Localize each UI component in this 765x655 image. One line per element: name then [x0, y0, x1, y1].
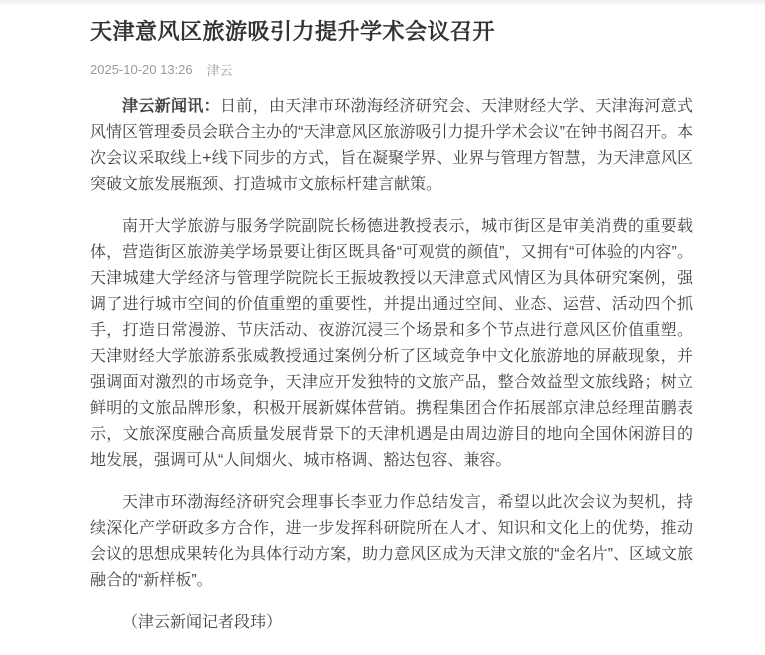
publish-date: 2025-10-20 13:26	[90, 62, 193, 77]
reporter-byline: （津云新闻记者段玮）	[90, 610, 693, 636]
article-paragraph: 天津市环渤海经济研究会理事长李亚力作总结发言，希望以此次会议为契机，持续深化产学…	[90, 490, 693, 594]
article-meta: 2025-10-20 13:26 津云	[90, 60, 693, 79]
article-paragraph: 津云新闻讯：日前，由天津市环渤海经济研究会、天津财经大学、天津海河意式风情区管理…	[90, 94, 693, 198]
article-body: 津云新闻讯：日前，由天津市环渤海经济研究会、天津财经大学、天津海河意式风情区管理…	[90, 94, 693, 636]
article-title: 天津意风区旅游吸引力提升学术会议召开	[90, 18, 693, 47]
article-content: 天津意风区旅游吸引力提升学术会议召开 2025-10-20 13:26 津云 津…	[0, 0, 765, 636]
lead-label: 津云新闻讯：	[122, 98, 220, 115]
article-page: 天津意风区旅游吸引力提升学术会议召开 2025-10-20 13:26 津云 津…	[0, 0, 765, 655]
article-paragraph: 南开大学旅游与服务学院副院长杨德进教授表示，城市街区是审美消费的重要载体，营造街…	[90, 214, 693, 474]
source-label: 津云	[207, 60, 233, 79]
